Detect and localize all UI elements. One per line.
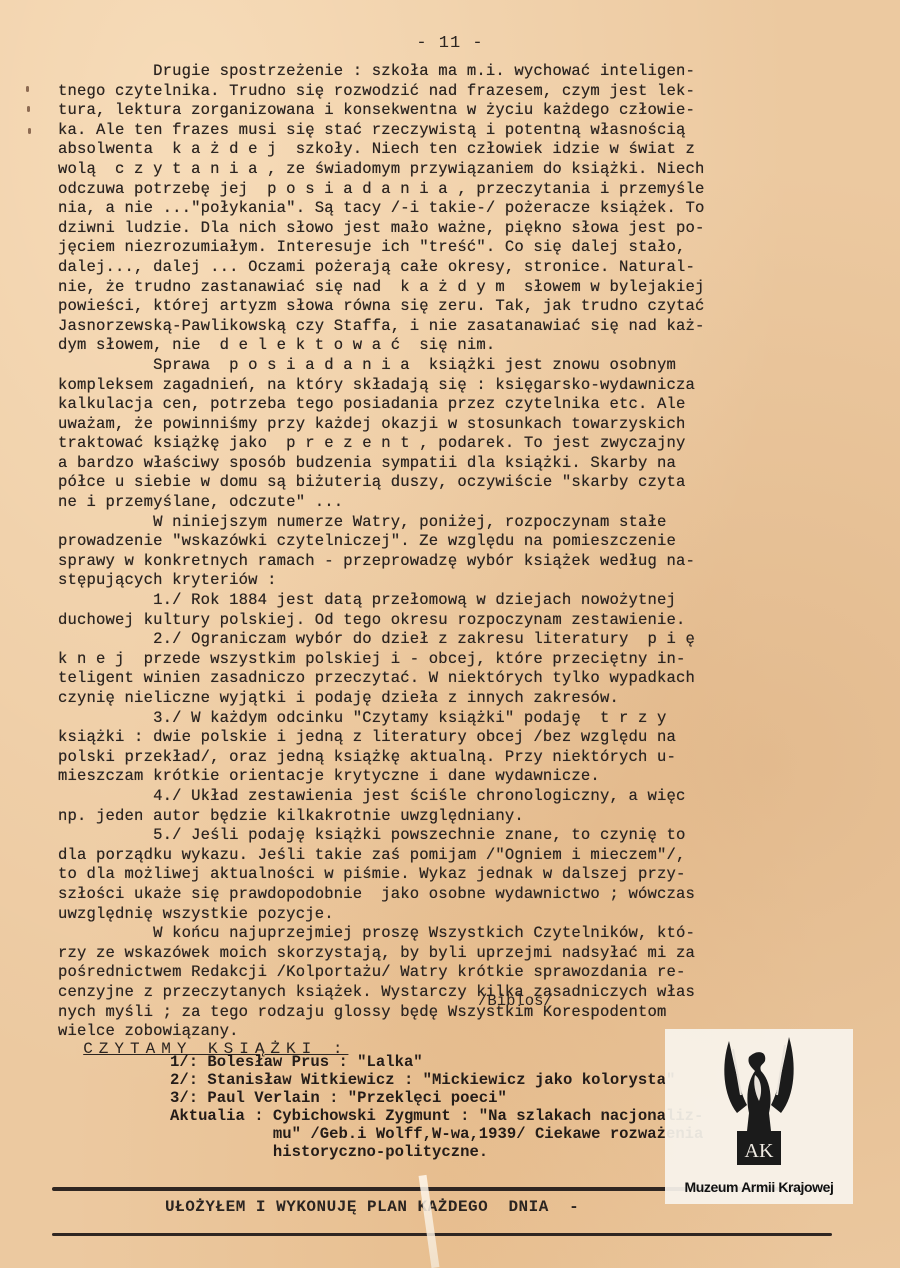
text-line: półce u siebie w domu są biżuterią duszy… — [58, 473, 858, 493]
text-line: polski przekład/, oraz jedną książkę akt… — [58, 748, 858, 768]
text-line: nia, a nie ..."połykania". Są tacy /-i t… — [58, 199, 858, 219]
text-line: to dla możliwej aktualności w piśmie. Wy… — [58, 865, 858, 885]
divider-bottom — [52, 1233, 832, 1236]
book-list: 1/: Bolesław Prus : "Lalka"2/: Stanisław… — [170, 1053, 703, 1161]
text-line: uważam, że powinniśmy przy każdej okazji… — [58, 415, 858, 435]
text-line: Jasnorzewską-Pawlikowską czy Staffa, i n… — [58, 317, 858, 337]
text-line: W końcu najuprzejmiej proszę Wszystkich … — [58, 924, 858, 944]
text-line: kalkulacja cen, potrzeba tego posiadania… — [58, 395, 858, 415]
paper-mark — [28, 128, 31, 134]
text-line: 5./ Jeśli podaję książki powszechnie zna… — [58, 826, 858, 846]
text-line: cenzyjne z przeczytanych książek. Wystar… — [58, 983, 858, 1003]
text-line: sprawy w konkretnych ramach - przeprowad… — [58, 552, 858, 572]
article-body: Drugie spostrzeżenie : szkoła ma m.i. wy… — [58, 62, 858, 1042]
text-line: dla porządku wykazu. Jeśli takie zaś pom… — [58, 846, 858, 866]
page-number: - 11 - — [0, 34, 900, 53]
footer-banner: UŁOŻYŁEM I WYKONUJĘ PLAN KAŻDEGO DNIA - — [165, 1198, 579, 1216]
eagle-emblem-icon: AK — [719, 1035, 799, 1175]
museum-watermark: AK Muzeum Armii Krajowej — [665, 1029, 853, 1204]
text-line: książki : dwie polskie i jedną z literat… — [58, 728, 858, 748]
author-signature: /Biblos/ — [478, 992, 553, 1010]
text-line: rzy ze wskazówek moich skorzystają, by b… — [58, 944, 858, 964]
text-line: uwzględnię wszystkie pozycje. — [58, 905, 858, 925]
text-line: W niniejszym numerze Watry, poniżej, roz… — [58, 513, 858, 533]
text-line: nych myśli ; za tego rodzaju glossy będę… — [58, 1003, 858, 1023]
text-line: traktować książkę jako p r e z e n t , p… — [58, 434, 858, 454]
book-list-item: 3/: Paul Verlain : "Przeklęci poeci" — [170, 1089, 703, 1107]
text-line: 1./ Rok 1884 jest datą przełomową w dzie… — [58, 591, 858, 611]
text-line: kompleksem zagadnień, na który składają … — [58, 376, 858, 396]
text-line: nie, że trudno zastanawiać się nad k a ż… — [58, 278, 858, 298]
text-line: szłości ukaże się prawdopodobnie jako os… — [58, 885, 858, 905]
text-line: 4./ Układ zestawienia jest ściśle chrono… — [58, 787, 858, 807]
text-line: absolwenta k a ż d e j szkoły. Niech ten… — [58, 140, 858, 160]
text-line: Sprawa p o s i a d a n i a książki jest … — [58, 356, 858, 376]
text-line: np. jeden autor będzie kilkakrotnie uwzg… — [58, 807, 858, 827]
text-line: odczuwa potrzebę jej p o s i a d a n i a… — [58, 180, 858, 200]
text-line: duchowej kultury polskiej. Od tego okres… — [58, 611, 858, 631]
watermark-caption: Muzeum Armii Krajowej — [665, 1179, 853, 1195]
text-line: a bardzo właściwy sposób budzenia sympat… — [58, 454, 858, 474]
book-list-item: 2/: Stanisław Witkiewicz : "Mickiewicz j… — [170, 1071, 703, 1089]
text-line: tnego czytelnika. Trudno się rozwodzić n… — [58, 82, 858, 102]
text-line: tura, lektura zorganizowana i konsekwent… — [58, 101, 858, 121]
text-line: wolą c z y t a n i a , ze świadomym przy… — [58, 160, 858, 180]
book-list-item: historyczno-polityczne. — [170, 1143, 703, 1161]
book-list-item: 1/: Bolesław Prus : "Lalka" — [170, 1053, 703, 1071]
text-line: dziwni ludzie. Dla nich słowo jest mało … — [58, 219, 858, 239]
text-line: prowadzenie "wskazówki czytelniczej". Ze… — [58, 532, 858, 552]
book-list-item: mu" /Geb.i Wolff,W-wa,1939/ Ciekawe rozw… — [170, 1125, 703, 1143]
book-list-item: Aktualia : Cybichowski Zygmunt : "Na szl… — [170, 1107, 703, 1125]
text-line: Drugie spostrzeżenie : szkoła ma m.i. wy… — [58, 62, 858, 82]
text-line: ka. Ale ten frazes musi się stać rzeczyw… — [58, 121, 858, 141]
text-line: dym słowem, nie d e l e k t o w a ć się … — [58, 336, 858, 356]
text-line: powieści, której artyzm słowa równa się … — [58, 297, 858, 317]
text-line: pośrednictwem Redakcji /Kolportażu/ Watr… — [58, 963, 858, 983]
svg-text:AK: AK — [745, 1140, 774, 1162]
paper-mark — [27, 106, 30, 112]
text-line: teligent winien zasadniczo przeczytać. W… — [58, 669, 858, 689]
text-line: ne i przemyślane, odczute" ... — [58, 493, 858, 513]
text-line: dalej..., dalej ... Oczami pożerają całe… — [58, 258, 858, 278]
text-line: 2./ Ograniczam wybór do dzieł z zakresu … — [58, 630, 858, 650]
text-line: jęciem niezrozumiałym. Interesuje ich "t… — [58, 238, 858, 258]
text-line: k n e j przede wszystkim polskiej i - ob… — [58, 650, 858, 670]
text-line: stępujących kryteriów : — [58, 571, 858, 591]
text-line: czynię nieliczne wyjątki i podaję dzieła… — [58, 689, 858, 709]
text-line: 3./ W każdym odcinku "Czytamy książki" p… — [58, 709, 858, 729]
text-line: mieszczam krótkie orientacje krytyczne i… — [58, 767, 858, 787]
paper-mark — [26, 86, 29, 92]
